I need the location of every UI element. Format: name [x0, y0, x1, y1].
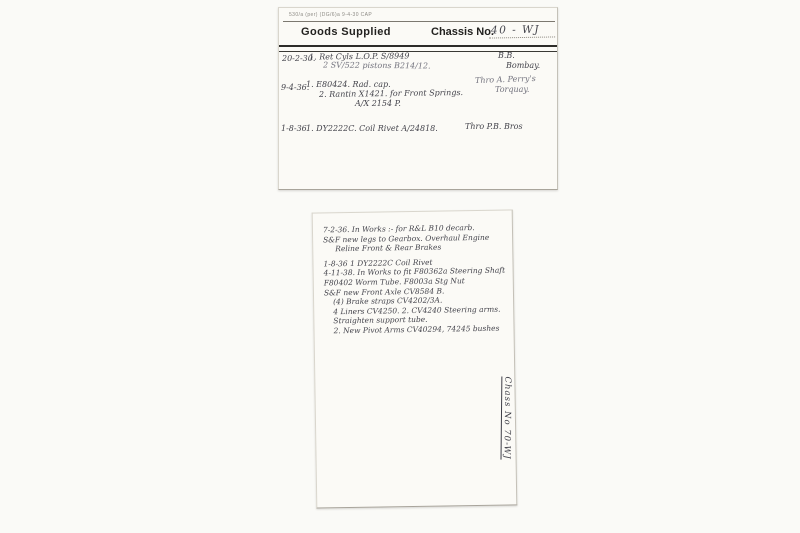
entry-line: A/X 2154 P.	[355, 99, 401, 108]
chassis-no-label: Chassis No.	[431, 26, 494, 38]
ledger-entry: 9-4-36. 1. E80424. Rad. cap. 2. Rantin X…	[279, 80, 557, 114]
entry-line: 1. DY2222C. Coil Rivet A/24818.	[306, 124, 438, 133]
chassis-no-value: 40 - WJ	[489, 23, 555, 38]
entry-note: B.B.	[498, 51, 515, 60]
record-line: Reline Front & Rear Brakes	[323, 242, 506, 254]
goods-supplied-title: Goods Supplied	[301, 26, 391, 38]
entry-line: 2. Rantin X1421. for Front Springs.	[319, 88, 463, 99]
entry-note: Thro P.B. Bros	[465, 122, 523, 131]
entry-note: Thro A. Perry's	[475, 74, 536, 85]
entry-note: Torquay.	[495, 85, 529, 94]
card-form-fineprint: 530/a (per) (DG/6)a 9-4-30 CAP	[289, 12, 372, 18]
entry-note: Bombay.	[506, 61, 540, 70]
works-record-text: 7-2-36. In Works :- for R&L B10 decarb. …	[323, 223, 508, 336]
entry-line: 2 SV/522 pistons B214/12.	[323, 61, 431, 71]
scan-background: 530/a (per) (DG/6)a 9-4-30 CAP Goods Sup…	[0, 0, 800, 533]
works-record-card: 7-2-36. In Works :- for R&L B10 decarb. …	[312, 209, 518, 508]
entry-line: 1. E80424. Rad. cap.	[306, 80, 391, 89]
header-top-rule	[283, 21, 555, 22]
record-line: 2. New Pivot Arms CV40294, 74245 bushes	[324, 323, 507, 335]
header-double-rule	[279, 45, 557, 52]
chassis-side-note: Chass No 70-WJ	[502, 377, 513, 460]
goods-supplied-card: 530/a (per) (DG/6)a 9-4-30 CAP Goods Sup…	[278, 7, 558, 190]
card-header-row: Goods Supplied Chassis No. 40 - WJ	[279, 24, 557, 44]
ledger-entry: 1-8-36. 1. DY2222C. Coil Rivet A/24818. …	[279, 124, 557, 138]
